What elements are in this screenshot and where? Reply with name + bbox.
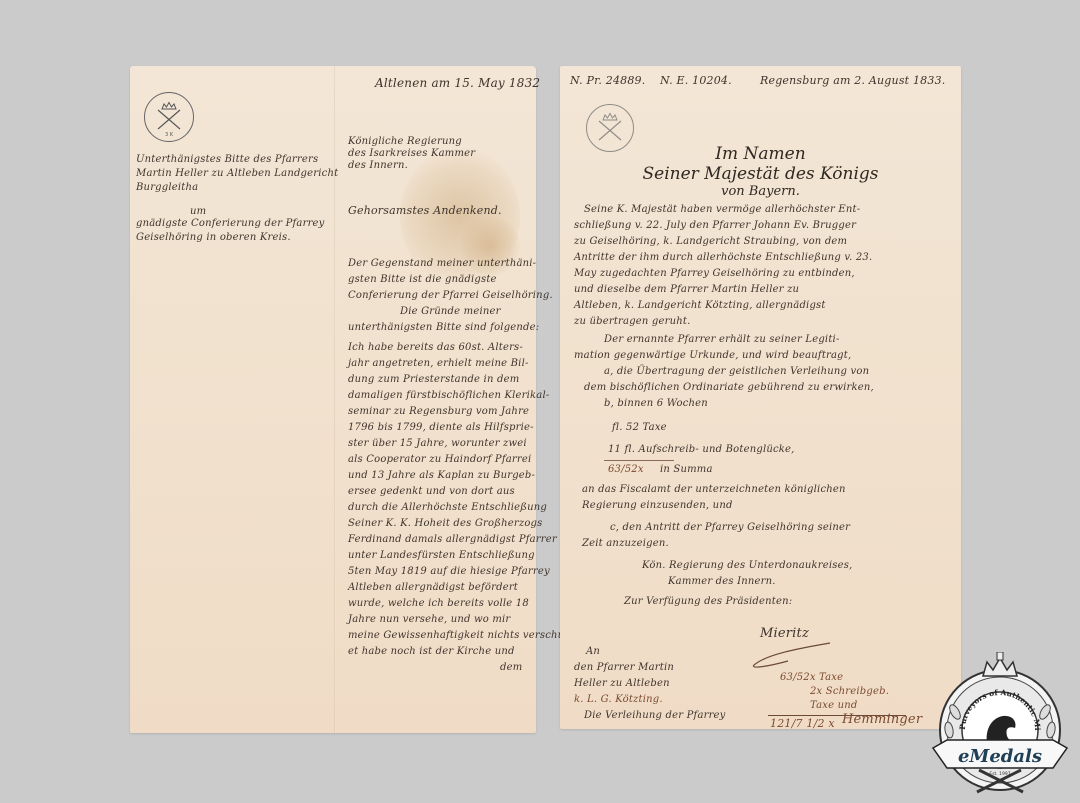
body-line: Seiner K. K. Hoheit des Großherzogs <box>348 518 543 529</box>
body-line: Zeit anzuzeigen. <box>582 538 669 549</box>
fee-underline <box>604 460 674 461</box>
body-line: dem bischöflichen Ordinariate gebührend … <box>584 382 874 393</box>
svg-text:3 K: 3 K <box>165 132 174 138</box>
tally-line: 63/52x Taxe <box>780 672 843 683</box>
signature-official: Hemminger <box>842 712 922 727</box>
body-line: Antritte der ihm durch allerhöchste Ents… <box>574 252 872 263</box>
recipient-line: Die Verleihung der Pfarrey <box>584 710 726 721</box>
closing-line: Kön. Regierung des Unterdonaukreises, <box>642 560 852 571</box>
emedals-watermark: Purveyors of Authentic Militaria eMedals… <box>925 652 1075 797</box>
emedals-brand-text: eMedals <box>958 746 1042 767</box>
body-line: Die Gründe meiner <box>400 306 501 317</box>
crown-crossed-swords-stamp-icon: 3 K <box>147 95 191 139</box>
margin-note-line: Geiselhöring in oberen Kreis. <box>136 232 291 243</box>
body-line: gsten Bitte ist die gnädigste <box>348 274 497 285</box>
body-line: und dieselbe dem Pfarrer Martin Heller z… <box>574 284 799 295</box>
margin-note-line: um <box>190 206 206 217</box>
recipient-line: den Pfarrer Martin <box>574 662 674 673</box>
tally-line: 2x Schreibgeb. <box>810 686 889 697</box>
closing-line: Kammer des Innern. <box>668 576 776 587</box>
recipient-line: An <box>586 646 600 657</box>
address-line: Königliche Regierung <box>348 136 462 147</box>
address-line: des Isarkreises Kammer <box>348 148 475 159</box>
body-line: zu Geiselhöring, k. Landgericht Straubin… <box>574 236 847 247</box>
left-document-letter: 3 K Altlenen am 15. May 1832 Unterthänig… <box>130 66 536 733</box>
body-line: a, die Übertragung der geistlichen Verle… <box>604 366 869 377</box>
recipient-line: Heller zu Altleben <box>574 678 670 689</box>
body-line: Jahre nun versehe, und wo mir <box>348 614 510 625</box>
body-line: als Cooperator zu Haindorf Pfarrei <box>348 454 531 465</box>
reference-number-pr: N. Pr. 24889. <box>570 74 645 87</box>
body-line: und 13 Jahre als Kaplan zu Burgeb- <box>348 470 535 481</box>
header-date: Altlenen am 15. May 1832 <box>375 76 540 90</box>
body-line: ster über 15 Jahre, worunter zwei <box>348 438 527 449</box>
body-line: 1796 bis 1799, diente als Hilfsprie- <box>348 422 534 433</box>
body-line: jahr angetreten, erhielt meine Bil- <box>348 358 529 369</box>
body-line: Altleben allergnädigst befördert <box>348 582 518 593</box>
right-document-decree: N. Pr. 24889. N. E. 10204. Regensburg am… <box>560 66 961 729</box>
tally-total: 121/7 1/2 x <box>770 717 835 730</box>
margin-note-line: Martin Heller zu Altleben Landgericht <box>136 168 338 179</box>
body-line: May zugedachten Pfarrey Geiselhöring zu … <box>574 268 855 279</box>
body-line: wurde, welche ich bereits volle 18 <box>348 598 529 609</box>
tally-line: Taxe und <box>810 700 857 711</box>
body-line: c, den Antritt der Pfarrey Geiselhöring … <box>610 522 850 533</box>
body-line: ersee gedenkt und von dort aus <box>348 486 515 497</box>
paper-fold-line <box>334 66 336 733</box>
salutation: Gehorsamstes Andenkend. <box>348 204 502 217</box>
fee-line: 11 fl. Aufschreib- und Botenglücke, <box>608 444 795 455</box>
body-line: dung zum Priesterstande in dem <box>348 374 519 385</box>
place-date: Regensburg am 2. August 1833. <box>760 74 945 87</box>
body-line: Ich habe bereits das 60st. Alters- <box>348 342 523 353</box>
body-line: Seine K. Majestät haben vermöge allerhöc… <box>584 204 860 215</box>
decree-title-line-1: Im Namen <box>560 144 961 164</box>
royal-stamp: 3 K <box>144 92 194 142</box>
body-line: durch die Allerhöchste Entschließung <box>348 502 547 513</box>
body-line: Der Gegenstand meiner unterthäni- <box>348 258 536 269</box>
body-line: et habe noch ist der Kirche und <box>348 646 515 657</box>
body-line: seminar zu Regensburg vom Jahre <box>348 406 529 417</box>
body-line: dem <box>500 662 522 673</box>
signature-president: Mieritz <box>760 626 809 641</box>
fee-line: fl. 52 Taxe <box>612 422 667 433</box>
body-line: unter Landesfürsten Entschließung <box>348 550 535 561</box>
body-line: schließung v. 22. July den Pfarrer Johan… <box>574 220 856 231</box>
fee-total-label: in Summa <box>660 464 713 475</box>
body-line: zu übertragen geruht. <box>574 316 691 327</box>
address-line: des Innern. <box>348 160 408 171</box>
body-line: damaligen fürstbischöflichen Klerikal- <box>348 390 549 401</box>
emedals-crest-logo-icon: Purveyors of Authentic Militaria eMedals… <box>925 652 1075 797</box>
body-line: unterthänigsten Bitte sind folgende: <box>348 322 539 333</box>
signature-flourish <box>748 641 838 671</box>
margin-note-line: gnädigste Conferierung der Pfarrey <box>136 218 325 229</box>
body-line: an das Fiscalamt der unterzeichneten kön… <box>582 484 846 495</box>
body-line: Der ernannte Pfarrer erhält zu seiner Le… <box>604 334 840 345</box>
body-line: Altleben, k. Landgericht Kötzting, aller… <box>574 300 826 311</box>
closing-line: Zur Verfügung des Präsidenten: <box>624 596 792 607</box>
decree-title-line-3: von Bayern. <box>560 184 961 199</box>
decree-title-line-2: Seiner Majestät des Königs <box>560 164 961 184</box>
body-line: meine Gewissenhaftigkeit nichts verschul… <box>348 630 578 641</box>
reference-number-e: N. E. 10204. <box>660 74 732 87</box>
body-line: b, binnen 6 Wochen <box>604 398 708 409</box>
body-line: Regierung einzusenden, und <box>582 500 733 511</box>
body-line: mation gegenwärtige Urkunde, und wird be… <box>574 350 851 361</box>
margin-note-line: Unterthänigstes Bitte des Pfarrers <box>136 154 318 165</box>
body-line: 5ten May 1819 auf die hiesige Pfarrey <box>348 566 550 577</box>
fee-total-amount: 63/52x <box>608 464 644 475</box>
margin-note-line: Burggleitha <box>136 182 198 193</box>
body-line: Ferdinand damals allergnädigst Pfarrer <box>348 534 557 545</box>
body-line: Conferierung der Pfarrei Geiselhöring. <box>348 290 553 301</box>
recipient-line: k. L. G. Kötzting. <box>574 694 663 705</box>
